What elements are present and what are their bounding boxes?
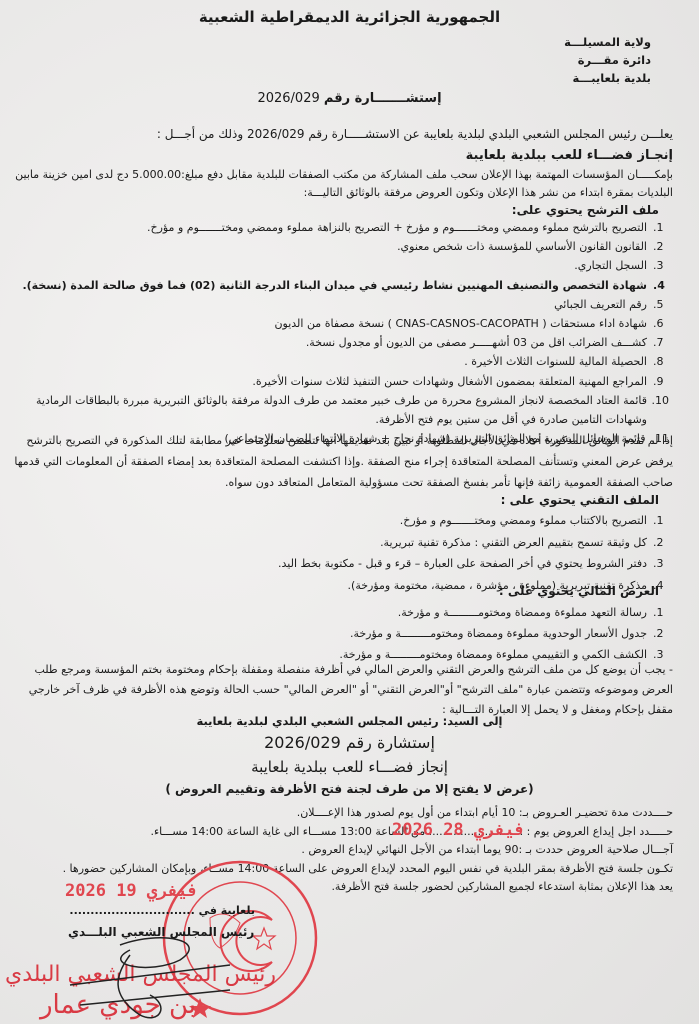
consultation-title: إستشـــــــارة رقم 2026/029 [0, 91, 699, 106]
admin-block: ولاية المسيلـــة دائرة مقـــرة بلدية بلع… [564, 33, 651, 87]
document-page: الجمهورية الجزائرية الديمقراطية الشعبية … [0, 0, 699, 1024]
warning-paragraph: إذا لم تقدم الوثائق المذكورة أعلاه في ال… [1, 430, 673, 493]
technical-heading: الملف التقني يحتوي على : [501, 493, 659, 507]
wilaya: ولاية المسيلـــة [564, 33, 651, 51]
participation-paragraph: بإمكـــــان المؤسسات المهتمة بهذا الإعلا… [3, 166, 673, 202]
list-item: 2.القانون القانون الأساسي للمؤسسة ذات شخ… [9, 237, 669, 256]
financial-list: 1.رسالة التعهد مملوءة وممضاة ومختومـــــ… [29, 602, 669, 665]
handwritten-signature-icon [60, 935, 240, 1024]
deadline-line: آجـــال صلاحية العروض حددت بـ :90 يوما ا… [1, 841, 673, 860]
envelope-project: إنجاز فضـــاء للعب ببلدية بلعايبة [0, 758, 699, 776]
list-item: 6.شهادة اداء مستحقات ( CNAS-CASNOS-CACOP… [9, 314, 669, 333]
project-title: إنجـاز فضـــاء للعب ببلدية بلعايبة [466, 148, 673, 163]
list-item: 7.كشـــف الضرائب اقل من 03 أشهـــــر مصف… [9, 333, 669, 352]
envelope-to: إلى السيد: رئيس المجلس الشعبي البلدي لبل… [0, 714, 699, 728]
consultation-number: 2026/029 [257, 91, 319, 106]
envelope-note-line: (عرض لا يفتح إلا من طرف لجنة فتح الأظرفة… [0, 782, 699, 796]
baladiya: بلدية بلعايبـــة [564, 69, 651, 87]
signature-place: بلعايبة في .............................… [55, 904, 255, 917]
republic-heading: الجمهورية الجزائرية الديمقراطية الشعبية [0, 8, 699, 26]
deadline-line: تكـون جلسة فتح الأظرفة بمقر البلدية في ن… [1, 860, 673, 879]
list-item: 1.التصريح بالاكتتاب مملوء وممضي ومختــــ… [29, 510, 669, 532]
deadline-line: حــــددت مدة تحضيـر العـروض بـ: 10 أيام … [1, 804, 673, 823]
deadline-line: حـــــدد اجل إيداع العروض يوم : ........… [1, 823, 673, 842]
consultation-label: إستشـــــــارة رقم [324, 91, 442, 106]
envelope-note: - يجب أن يوضع كل من ملف الترشح والعرض ال… [1, 660, 673, 720]
list-item: 1.التصريح بالترشح مملوء وممضي ومختــــــ… [9, 218, 669, 237]
financial-heading: العرض المالي يحتوي على : [499, 584, 659, 598]
list-item: 10.قائمة العتاد المخصصة لانجاز المشروع م… [9, 391, 669, 429]
list-item: 3.السجل التجاري. [9, 256, 669, 275]
list-item: 3.دفتر الشروط يحتوي في أخر الصفحة على ال… [29, 553, 669, 575]
list-item: 9.المراجع المهنية المتعلقة بمضمون الأشغا… [9, 372, 669, 391]
list-item: 2.جدول الأسعار الوحدوية مملوءة وممضاة وم… [29, 623, 669, 644]
candidature-heading: ملف الترشح يحتوي على: [512, 203, 659, 217]
list-item: 2.كل وثيقة تسمح بتقييم العرض التقني : مذ… [29, 532, 669, 554]
list-item: 8.الحصيلة المالية للسنوات الثلاث الأخيرة… [9, 352, 669, 371]
list-item: 1.رسالة التعهد مملوءة وممضاة ومختومـــــ… [29, 602, 669, 623]
intro-text: يعلـــن رئيس المجلس الشعبي البلدي لبلدية… [13, 126, 673, 143]
deposit-date-stamp: 2026 فيفري 28 [392, 820, 525, 840]
list-item: 5.رقم التعريف الجبائي [9, 295, 669, 314]
candidature-list: 1.التصريح بالترشح مملوء وممضي ومختــــــ… [9, 218, 669, 448]
list-item: 4.شهادة التخصص والتصنيف المهنيين نشاط رئ… [9, 276, 669, 295]
envelope-consultation: إستشارة رقم 2026/029 [0, 733, 699, 752]
daira: دائرة مقـــرة [564, 51, 651, 69]
